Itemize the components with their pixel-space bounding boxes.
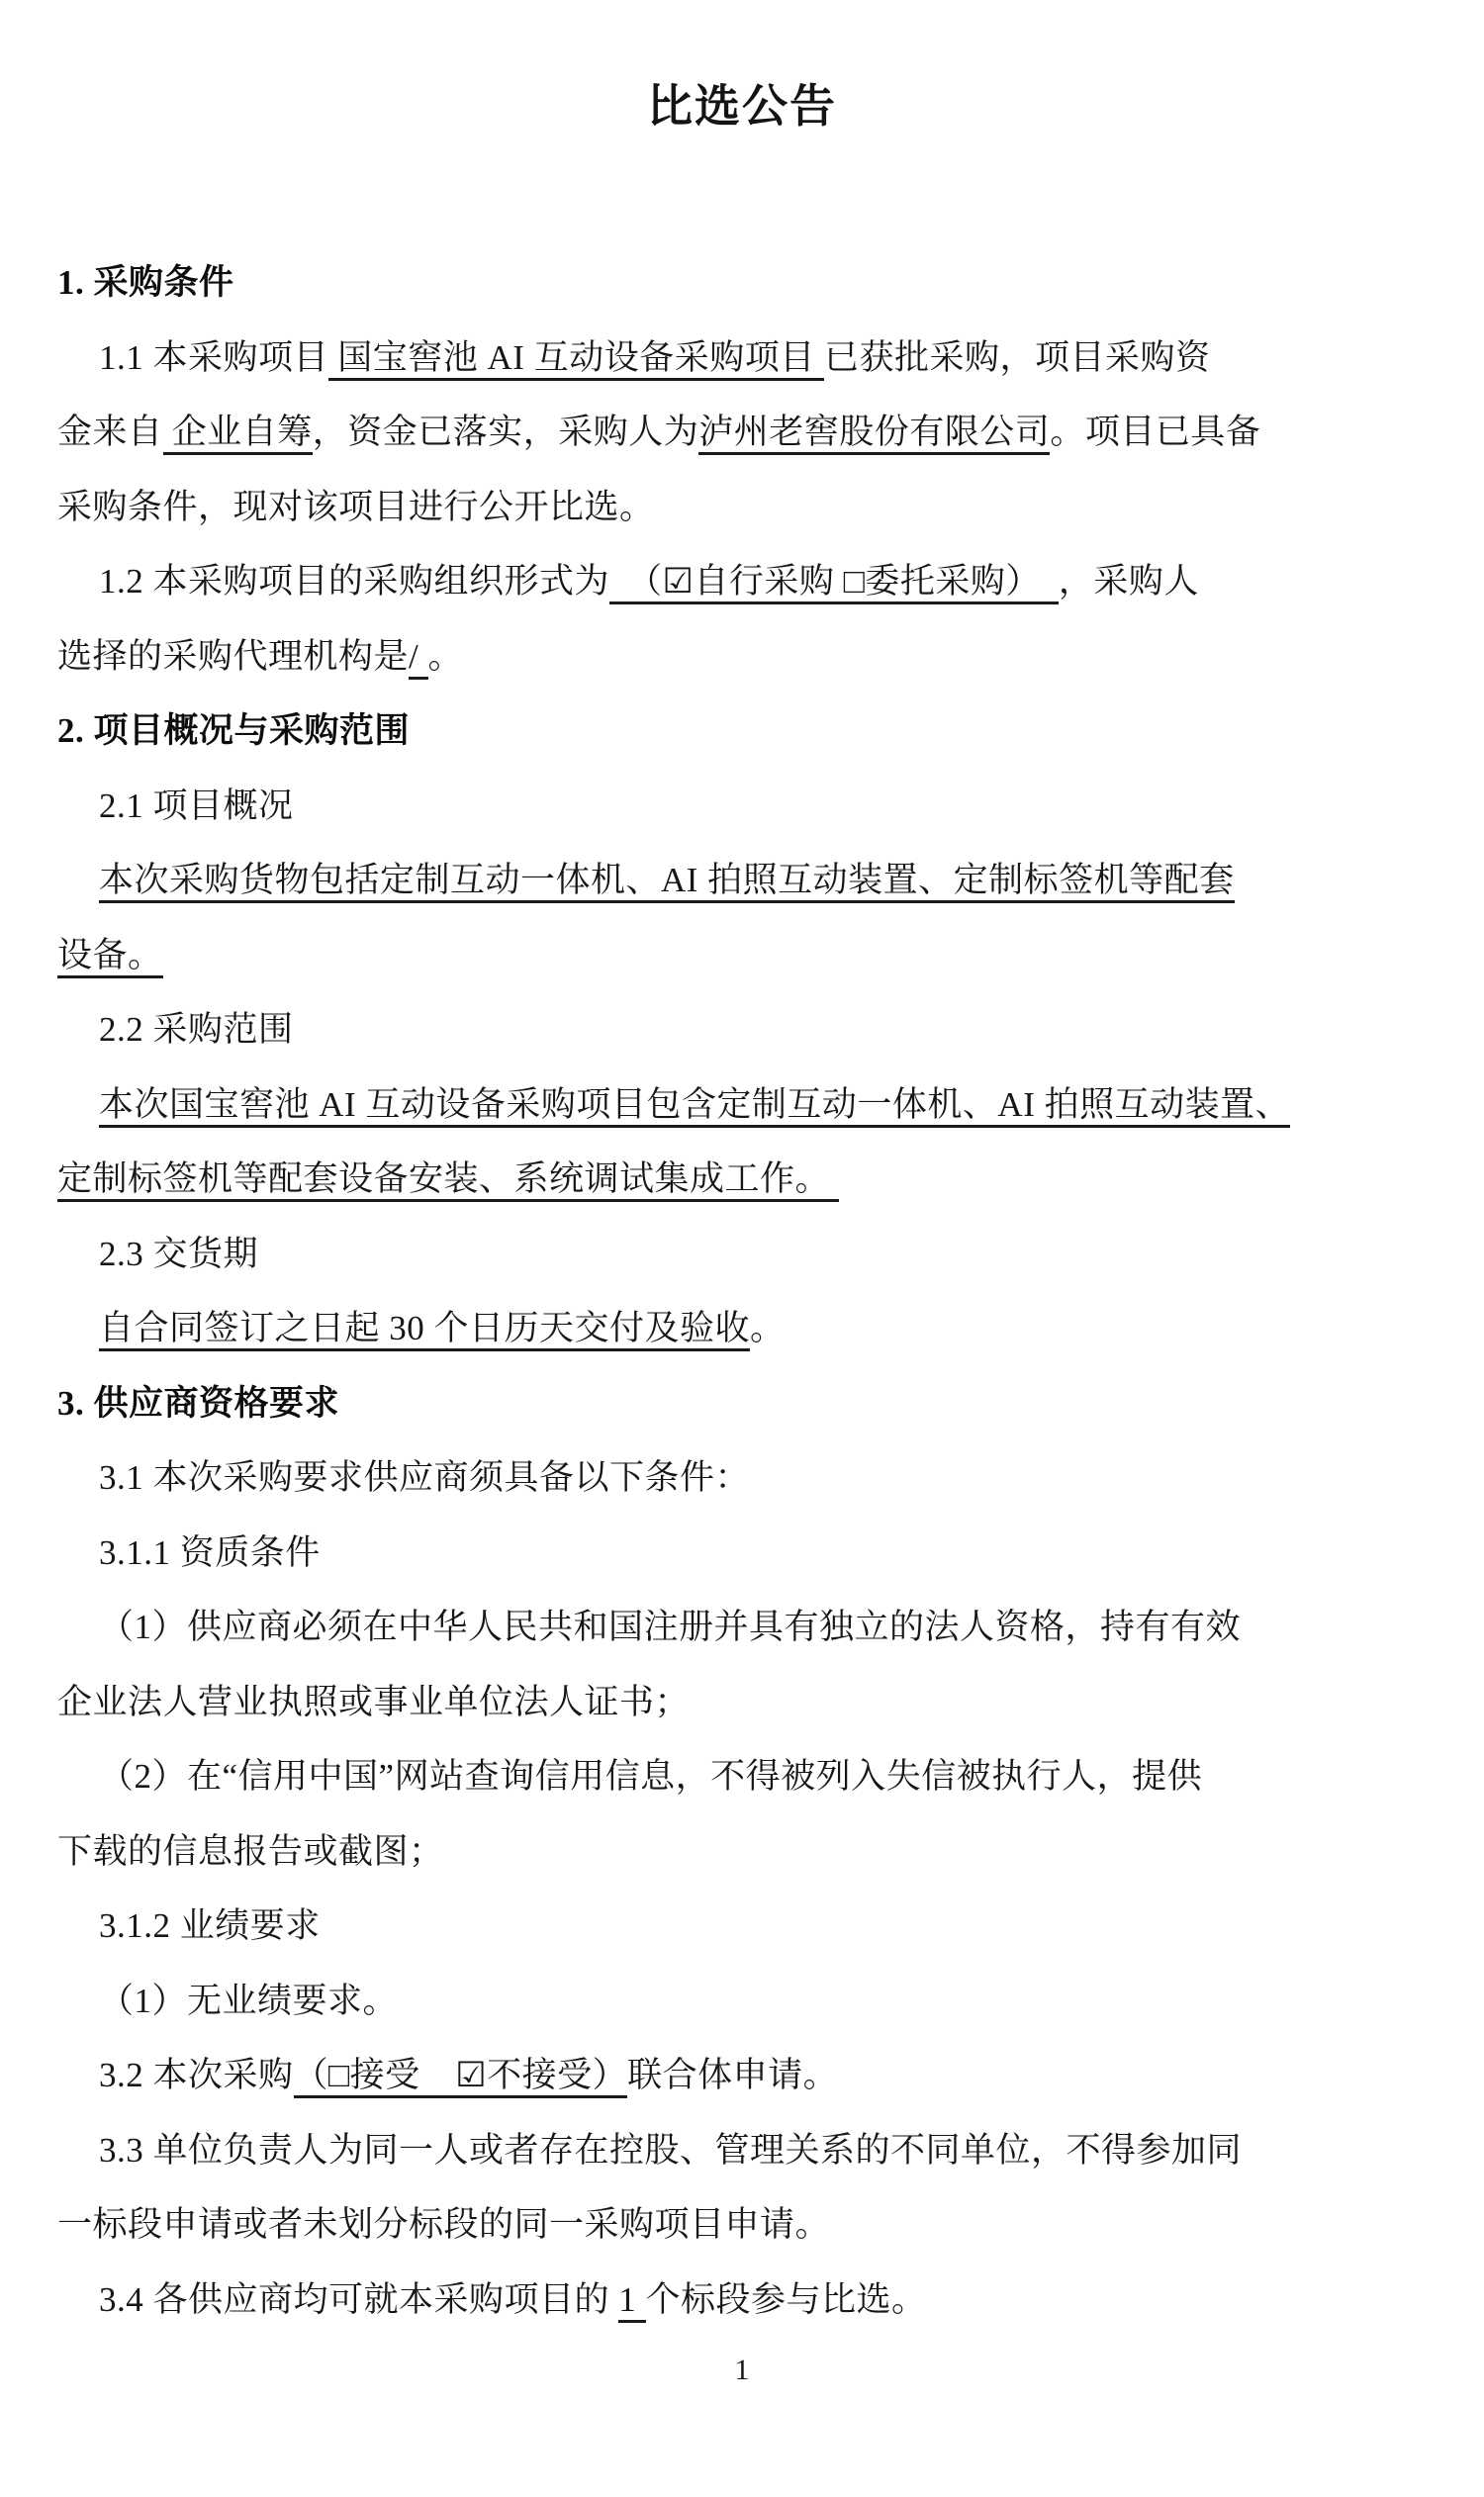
paragraph-line: 3.4 各供应商均可就本采购项目的 1 个标段参与比选。 xyxy=(57,2263,1435,2338)
text-run: 。 xyxy=(428,637,464,676)
paragraph-line: 本次采购货物包括定制互动一体机、AI 拍照互动装置、定制标签机等配套 xyxy=(57,843,1435,918)
paragraph-line: 3.1.2 业绩要求 xyxy=(57,1889,1435,1964)
text-run: ，资金已落实，采购人为 xyxy=(313,413,699,451)
paragraph-line: 采购条件，现对该项目进行公开比选。 xyxy=(57,470,1435,545)
text-run: 接受 xyxy=(350,2056,456,2098)
text-run: 不接受） xyxy=(487,2056,627,2098)
section-heading: 1. 采购条件 xyxy=(57,245,1435,321)
text-run: 采购条件，现对该项目进行公开比选。 xyxy=(57,488,655,526)
text-run: 泸州老窖股份有限公司 xyxy=(698,413,1050,455)
paragraph-line: 3.1.1 资质条件 xyxy=(57,1516,1435,1591)
paragraph-line: 下载的信息报告或截图； xyxy=(57,1814,1435,1890)
checkbox-unchecked-icon: □ xyxy=(844,562,866,604)
paragraph-line: 自合同签订之日起 30 个日历天交付及验收。 xyxy=(57,1291,1435,1366)
checkbox-checked-icon: ☑ xyxy=(455,2056,487,2098)
text-run: 3. 供应商资格要求 xyxy=(57,1384,339,1423)
paragraph-line: 3.1 本次采购要求供应商须具备以下条件： xyxy=(57,1440,1435,1516)
text-run: 2.2 采购范围 xyxy=(99,1010,294,1049)
document-body: 1. 采购条件1.1 本采购项目 国宝窖池 AI 互动设备采购项目 已获批采购，… xyxy=(57,245,1435,2337)
text-run: / xyxy=(409,637,427,680)
text-run: 1 xyxy=(618,2280,645,2323)
text-run: 国宝窖池 AI 互动设备采购项目 xyxy=(328,338,824,381)
text-run: （2）在“信用中国”网站查询信用信息，不得被列入失信被执行人，提供 xyxy=(99,1757,1202,1796)
text-run: 3.1 本次采购要求供应商须具备以下条件： xyxy=(99,1458,750,1497)
text-run: 3.3 单位负责人为同一人或者存在控股、管理关系的不同单位，不得参加同 xyxy=(99,2131,1242,2170)
text-run: 3.1.1 资质条件 xyxy=(99,1533,321,1572)
text-run: （ xyxy=(294,2056,329,2098)
text-run: 个标段参与比选。 xyxy=(646,2280,927,2319)
text-run: 委托采购） xyxy=(865,562,1059,604)
paragraph-line: 2.2 采购范围 xyxy=(57,992,1435,1067)
text-run: 企业法人营业执照或事业单位法人证书； xyxy=(57,1683,690,1721)
paragraph-line: 2.1 项目概况 xyxy=(57,769,1435,844)
checkbox-checked-icon: ☑ xyxy=(663,562,695,604)
text-run: 1.1 本采购项目 xyxy=(99,338,328,377)
paragraph-line: （2）在“信用中国”网站查询信用信息，不得被列入失信被执行人，提供 xyxy=(57,1739,1435,1814)
text-run: 3.2 本次采购 xyxy=(99,2056,294,2094)
text-run: 3.1.2 业绩要求 xyxy=(99,1906,321,1945)
text-run: 。项目已具备 xyxy=(1050,413,1260,451)
text-run: 1. 采购条件 xyxy=(57,263,234,302)
text-run: 企业自筹 xyxy=(163,413,313,455)
text-run: 自合同签订之日起 30 个日历天交付及验收 xyxy=(99,1309,750,1351)
paragraph-line: （1）无业绩要求。 xyxy=(57,1964,1435,2039)
paragraph-line: 金来自 企业自筹，资金已落实，采购人为泸州老窖股份有限公司。项目已具备 xyxy=(57,395,1435,470)
paragraph-line: （1）供应商必须在中华人民共和国注册并具有独立的法人资格，持有有效 xyxy=(57,1590,1435,1665)
text-run: 设备。 xyxy=(57,936,163,978)
paragraph-line: 2.3 交货期 xyxy=(57,1217,1435,1292)
section-heading: 3. 供应商资格要求 xyxy=(57,1366,1435,1441)
paragraph-line: 定制标签机等配套设备安装、系统调试集成工作。 xyxy=(57,1142,1435,1217)
checkbox-unchecked-icon: □ xyxy=(328,2056,350,2098)
text-run: 自行采购 xyxy=(694,562,843,604)
text-run: 定制标签机等配套设备安装、系统调试集成工作。 xyxy=(57,1159,839,1202)
text-run: （1）无业绩要求。 xyxy=(99,1982,398,2020)
text-run: （ xyxy=(609,562,663,604)
text-run: ，采购人 xyxy=(1059,562,1199,601)
paragraph-line: 3.3 单位负责人为同一人或者存在控股、管理关系的不同单位，不得参加同 xyxy=(57,2113,1435,2188)
paragraph-line: 3.2 本次采购（□接受 ☑不接受）联合体申请。 xyxy=(57,2038,1435,2113)
page-number: 1 xyxy=(0,2351,1484,2390)
text-run: 下载的信息报告或截图； xyxy=(57,1832,444,1871)
paragraph-line: 企业法人营业执照或事业单位法人证书； xyxy=(57,1665,1435,1740)
text-run: 本次采购货物包括定制互动一体机、AI 拍照互动装置、定制标签机等配套 xyxy=(99,861,1235,903)
paragraph-line: 本次国宝窖池 AI 互动设备采购项目包含定制互动一体机、AI 拍照互动装置、 xyxy=(57,1067,1435,1143)
text-run: 选择的采购代理机构是 xyxy=(57,637,409,676)
text-run: 已获批采购，项目采购资 xyxy=(824,338,1211,377)
document-title: 比选公告 xyxy=(0,0,1484,135)
text-run: （1）供应商必须在中华人民共和国注册并具有独立的法人资格，持有有效 xyxy=(99,1608,1241,1646)
text-run: 2.3 交货期 xyxy=(99,1235,258,1273)
text-run: 金来自 xyxy=(57,413,163,451)
text-run: 一标段申请或者未划分标段的同一采购项目申请。 xyxy=(57,2205,830,2244)
text-run: 本次国宝窖池 AI 互动设备采购项目包含定制互动一体机、AI 拍照互动装置、 xyxy=(99,1085,1290,1128)
paragraph-line: 选择的采购代理机构是/ 。 xyxy=(57,619,1435,694)
text-run: 联合体申请。 xyxy=(627,2056,838,2094)
text-run: 2.1 项目概况 xyxy=(99,786,294,825)
paragraph-line: 1.1 本采购项目 国宝窖池 AI 互动设备采购项目 已获批采购，项目采购资 xyxy=(57,321,1435,396)
text-run: 2. 项目概况与采购范围 xyxy=(57,711,410,750)
text-run: 1.2 本采购项目的采购组织形式为 xyxy=(99,562,609,601)
document-page: 比选公告 1. 采购条件1.1 本采购项目 国宝窖池 AI 互动设备采购项目 已… xyxy=(0,0,1484,2497)
text-run: 。 xyxy=(750,1309,786,1347)
text-run: 3.4 各供应商均可就本采购项目的 xyxy=(99,2280,618,2319)
paragraph-line: 一标段申请或者未划分标段的同一采购项目申请。 xyxy=(57,2187,1435,2263)
section-heading: 2. 项目概况与采购范围 xyxy=(57,694,1435,769)
paragraph-line: 1.2 本采购项目的采购组织形式为 （☑自行采购 □委托采购） ，采购人 xyxy=(57,544,1435,619)
paragraph-line: 设备。 xyxy=(57,918,1435,993)
